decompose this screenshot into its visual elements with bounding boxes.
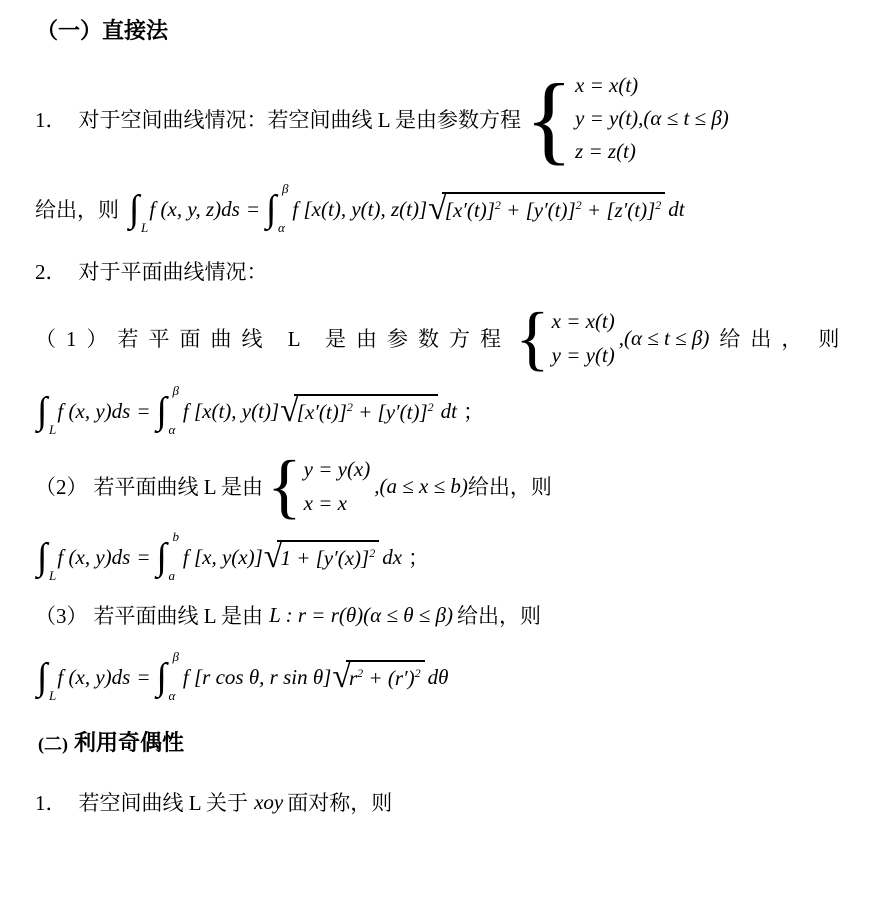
radical: √ [x′(t)]2 + [y′(t)]2 + [z′(t)]2 <box>428 192 665 226</box>
formula-parametric-plane: ∫L f (x, y)ds = ∫βα f [x(t), y(t)] √ [x′… <box>35 388 886 434</box>
formula-polar: ∫L f (x, y)ds = ∫βα f [r cos θ, r sin θ]… <box>35 654 886 700</box>
left-brace: { <box>515 304 550 372</box>
radicand: r2 + (r′)2 <box>346 660 425 690</box>
integral-lower-limit: a <box>168 569 175 582</box>
left-brace: { <box>267 452 302 520</box>
integrand-rhs: f [r cos θ, r sin θ] <box>183 665 331 690</box>
integral-lower-limit: α <box>168 689 175 702</box>
integral-rhs: ∫βα <box>156 654 180 700</box>
parametric-equations-3d: { x = x(t) y = y(t),(α ≤ t ≤ β) z = z(t) <box>525 69 729 168</box>
item-space-curve: 1． 对于空间曲线情况：若空间曲线 L 是由参数方程 { x = x(t) y … <box>35 69 886 168</box>
item-text: 若平面曲线 L 是由 <box>94 471 264 501</box>
integral-upper-limit: β <box>172 384 178 397</box>
item-explicit-plane: （2） 若平面曲线 L 是由 { y = y(x) x = x ,(a ≤ x … <box>35 452 886 520</box>
case-row-x: x = x <box>304 486 371 520</box>
differential: dt <box>668 197 684 222</box>
document-page: （一）直接法 1． 对于空间曲线情况：若空间曲线 L 是由参数方程 { x = … <box>0 0 886 916</box>
case-row-x: x = x(t) <box>552 304 615 338</box>
integral-sign: ∫ <box>37 534 47 580</box>
integral-lhs: ∫L <box>37 534 55 580</box>
item-number: 1． <box>35 104 67 134</box>
integral-lower-limit: L <box>141 221 148 234</box>
item-text: 若空间曲线 L 关于 <box>79 787 249 817</box>
radicand-term: + [y′(t)] <box>353 400 428 424</box>
integrand-rhs: f [x, y(x)] <box>183 545 263 570</box>
formula-explicit-plane: ∫L f (x, y)ds = ∫ba f [x, y(x)] √ 1 + [y… <box>35 534 886 580</box>
equals-sign: = <box>136 545 150 570</box>
radicand-term: + [z′(t)] <box>582 198 656 222</box>
radicand-term: [x′(t)] <box>297 400 347 424</box>
section-heading-1: （一）直接法 <box>36 14 886 45</box>
differential: dt <box>441 399 457 424</box>
radical: √ 1 + [y′(x)]2 <box>264 540 379 574</box>
integral-lower-limit: α <box>168 423 175 436</box>
integral-upper-limit: β <box>282 182 288 195</box>
integral-lower-limit: L <box>49 423 56 436</box>
semicolon: ； <box>408 542 429 572</box>
case-row-y: y = y(t) <box>552 338 615 372</box>
item-number: （3） <box>35 600 88 630</box>
item-number: 2． <box>35 256 67 286</box>
polar-equation: L : r = r(θ)(α ≤ θ ≤ β) <box>269 603 453 628</box>
integrand-rhs: f [x(t), y(t)] <box>183 399 279 424</box>
item-symmetry: 1． 若空间曲线 L 关于 xoy 面对称，则 <box>35 787 886 817</box>
integral-rhs: ∫ba <box>156 534 180 580</box>
integral-lhs: ∫L <box>129 186 147 232</box>
radical: √ [x′(t)]2 + [y′(t)]2 <box>280 394 438 428</box>
integrand-rhs: f [x(t), y(t), z(t)] <box>292 197 427 222</box>
section-number: (二) <box>38 730 68 756</box>
integrand-lhs: f (x, y, z)ds <box>149 197 239 222</box>
integral-upper-limit: β <box>172 650 178 663</box>
left-brace: { <box>525 71 573 167</box>
integral-sign: ∫ <box>37 654 47 700</box>
case-row-x: x = x(t) <box>575 69 729 102</box>
item-text: 若平面曲线 L 是由 <box>94 600 264 630</box>
integral-sign: ∫ <box>37 388 47 434</box>
integral-sign: ∫ <box>266 186 276 232</box>
integrand-lhs: f (x, y)ds <box>57 665 130 690</box>
radicand-term: + [y′(t)] <box>501 198 576 222</box>
radicand-term: r <box>349 666 357 690</box>
integral-lhs: ∫L <box>37 654 55 700</box>
equals-sign: = <box>246 197 260 222</box>
radicand-term: + (r′) <box>363 666 414 690</box>
radicand: [x′(t)]2 + [y′(t)]2 <box>294 394 438 424</box>
item-text: 对于空间曲线情况：若空间曲线 L 是由参数方程 <box>79 104 522 134</box>
parameter-condition: ,(α ≤ t ≤ β) <box>619 326 710 351</box>
equals-sign: = <box>136 665 150 690</box>
parametric-equations-2d: { x = x(t) y = y(t) <box>515 304 615 372</box>
integral-rhs: ∫βα <box>156 388 180 434</box>
item-number: （2） <box>35 471 88 501</box>
radical: √ r2 + (r′)2 <box>332 660 424 694</box>
radicand-term: 1 + [y′(x)] <box>280 546 369 570</box>
integral-sign: ∫ <box>156 654 166 700</box>
item-parametric-plane: （1） 若平面曲线 L 是由参数方程 { x = x(t) y = y(t) ,… <box>35 304 886 372</box>
item-polar-plane: （3） 若平面曲线 L 是由 L : r = r(θ)(α ≤ θ ≤ β) 给… <box>35 600 886 630</box>
formula-prefix: 给出，则 <box>35 194 119 224</box>
item-number: 1． <box>35 787 67 817</box>
radicand: [x′(t)]2 + [y′(t)]2 + [z′(t)]2 <box>442 192 665 222</box>
radicand: 1 + [y′(x)]2 <box>277 540 379 570</box>
integral-rhs: ∫βα <box>266 186 290 232</box>
formula-space-curve: 给出，则 ∫L f (x, y, z)ds = ∫βα f [x(t), y(t… <box>35 186 886 232</box>
item-text: 面对称，则 <box>287 787 392 817</box>
integral-sign: ∫ <box>156 534 166 580</box>
parameter-condition: ,(a ≤ x ≤ b) <box>374 474 468 499</box>
exponent: 2 <box>415 666 421 680</box>
integral-lower-limit: L <box>49 569 56 582</box>
case-row-z: z = z(t) <box>575 135 729 168</box>
differential: dθ <box>428 665 449 690</box>
exponent: 2 <box>369 546 375 560</box>
integral-lower-limit: α <box>278 221 285 234</box>
section-title: 利用奇偶性 <box>74 726 184 757</box>
differential: dx <box>382 545 402 570</box>
equals-sign: = <box>136 399 150 424</box>
item-number: （1） <box>35 323 118 353</box>
semicolon: ； <box>463 396 484 426</box>
item-text: 给出，则 <box>468 471 552 501</box>
integral-lhs: ∫L <box>37 388 55 434</box>
item-text: 给出，则 <box>457 600 541 630</box>
radicand-term: [x′(t)] <box>445 198 495 222</box>
item-plane-curve: 2． 对于平面曲线情况： <box>35 256 886 286</box>
case-row-y: y = y(x) <box>304 452 371 486</box>
integral-lower-limit: L <box>49 689 56 702</box>
exponent: 2 <box>655 198 661 212</box>
integral-sign: ∫ <box>129 186 139 232</box>
exponent: 2 <box>428 400 434 414</box>
section-heading-2: (二) 利用奇偶性 <box>38 726 886 757</box>
integrand-lhs: f (x, y)ds <box>57 399 130 424</box>
explicit-equations: { y = y(x) x = x <box>267 452 370 520</box>
integral-sign: ∫ <box>156 388 166 434</box>
integral-upper-limit: b <box>172 530 179 543</box>
item-text: 对于平面曲线情况： <box>79 256 268 286</box>
item-text: 给出， <box>719 323 812 353</box>
item-text: 则 <box>818 323 839 353</box>
integrand-lhs: f (x, y)ds <box>57 545 130 570</box>
item-text: 若平面曲线 L 是由参数方程 <box>118 323 512 353</box>
plane-name: xoy <box>254 790 283 815</box>
case-row-y: y = y(t),(α ≤ t ≤ β) <box>575 102 729 135</box>
